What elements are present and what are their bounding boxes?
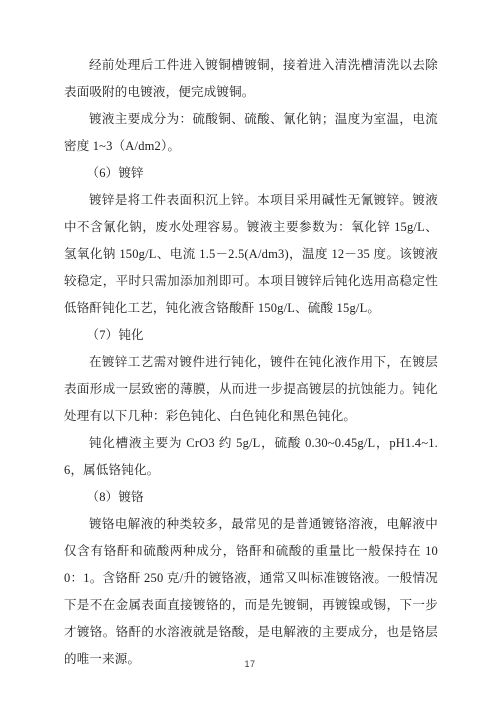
- page-number: 17: [0, 659, 500, 669]
- paragraph-copper-bath: 镀液主要成分为：硫酸铜、硫酸、氰化钠；温度为室温，电流密度 1~3（A/dm2）…: [64, 106, 438, 160]
- paragraph-copper-process: 经前处理后工件进入镀铜槽镀铜，接着进入清洗槽清洗以去除表面吸附的电镀液，便完成镀…: [64, 52, 438, 106]
- heading-chrome-plating: （8）镀铬: [64, 484, 438, 511]
- paragraph-passivation: 在镀锌工艺需对镀件进行钝化，镀件在钝化液作用下，在镀层表面形成一层致密的薄膜，从…: [64, 349, 438, 430]
- paragraph-chrome-plating: 镀铬电解液的种类较多，最常见的是普通镀铬溶液，电解液中仅含有铬酐和硫酸两种成分，…: [64, 511, 438, 673]
- heading-passivation: （7）钝化: [64, 322, 438, 349]
- heading-zinc-plating: （6）镀锌: [64, 160, 438, 187]
- paragraph-passivation-bath: 钝化槽液主要为 CrO3 约 5g/L，硫酸 0.30~0.45g/L，pH1.…: [64, 430, 438, 484]
- paragraph-zinc-plating: 镀锌是将工件表面积沉上锌。本项目采用碱性无氰镀锌。镀液中不含氰化钠，废水处理容易…: [64, 187, 438, 322]
- document-page: 经前处理后工件进入镀铜槽镀铜，接着进入清洗槽清洗以去除表面吸附的电镀液，便完成镀…: [0, 0, 500, 707]
- document-body: 经前处理后工件进入镀铜槽镀铜，接着进入清洗槽清洗以去除表面吸附的电镀液，便完成镀…: [64, 52, 438, 673]
